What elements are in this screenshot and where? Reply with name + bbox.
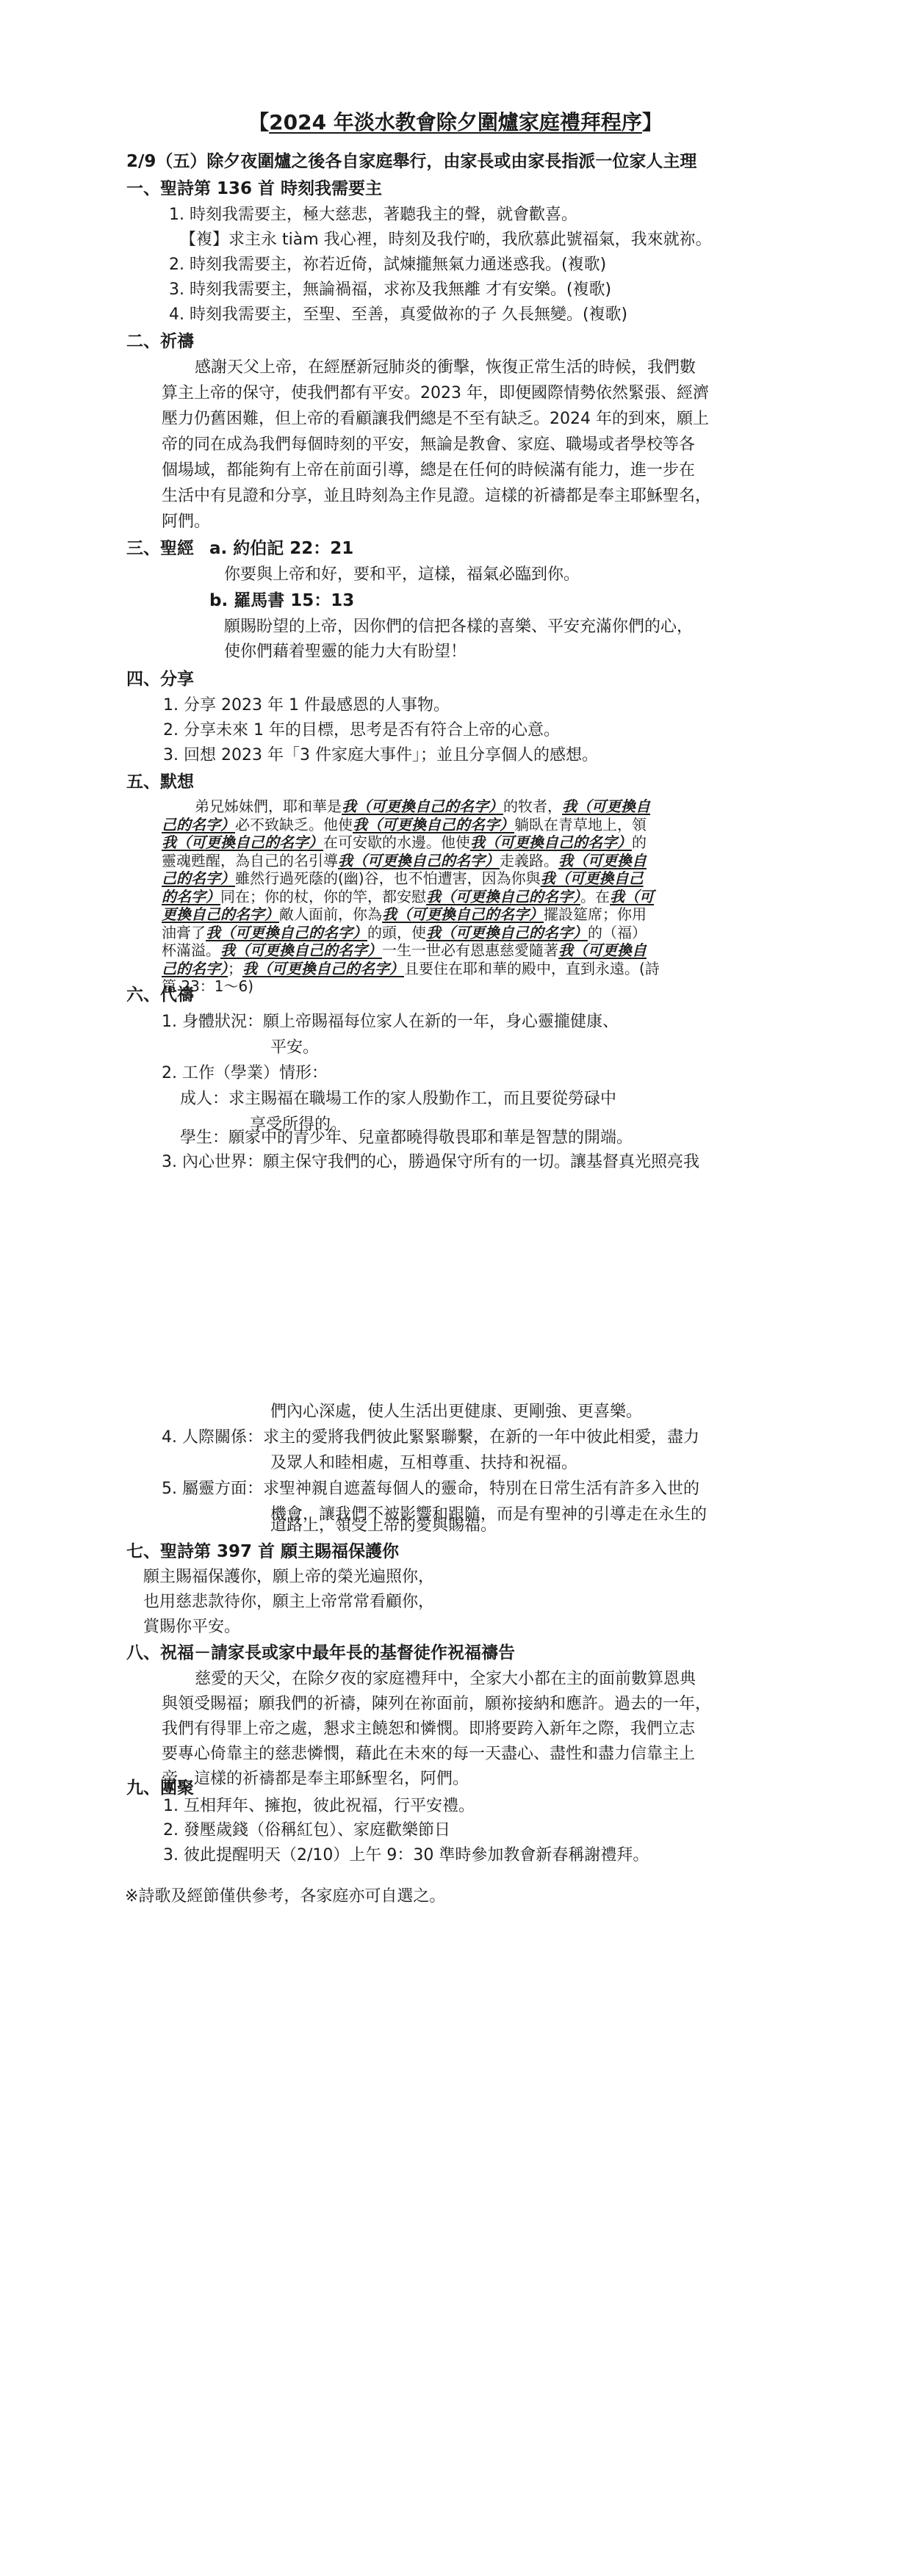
scripture-text-romans: 願賜盼望的上帝，因你們的信把各樣的喜樂、平安充滿你們的心，	[224, 616, 693, 638]
name-placeholder: 我（可	[610, 888, 654, 905]
intercession-inner-world-cont: 們內心深處，使人生活出更健康、更剛強、更喜樂。	[270, 1401, 642, 1423]
reunion-item: 3. 彼此提醒明天（2/10）上午 9：30 準時參加教會新春稱謝禮拜。	[163, 1845, 649, 1867]
meditation-line: 己的名字）；我（可更換自己的名字）且要住在耶和華的殿中，直到永遠。(詩	[162, 960, 660, 977]
prayer-line: 生活中有見證和分享，並且時刻為主作見證。這樣的祈禱都是奉主耶穌聖名，	[162, 485, 711, 507]
name-placeholder: 我（可更換自己的名字）	[206, 924, 367, 941]
section-heading-hymn-397: 七、聖詩第 397 首 願主賜福保護你	[126, 1541, 399, 1563]
name-placeholder: 我（可更換自	[562, 797, 650, 815]
meditation-line: 更換自己的名字）敵人面前，你為我（可更換自己的名字）擺設筵席；你用	[162, 905, 647, 923]
footnote: ※詩歌及經節僅供參考，各家庭亦可自選之。	[125, 1886, 445, 1908]
name-placeholder: 己的名字）	[162, 816, 235, 833]
hymn-397-line: 願主賜福保護你，願上帝的榮光遍照你，	[143, 1566, 434, 1588]
intercession-relationships-cont: 及眾人和睦相處，互相尊重、扶持和祝福。	[270, 1452, 577, 1475]
meditation-text: 杯滿溢。	[162, 941, 220, 959]
meditation-text: 敵人面前，你為	[279, 905, 382, 923]
prayer-line: 感謝天父上帝，在經歷新冠肺炎的衝擊，恢復正常生活的時候，我們數	[195, 357, 696, 379]
name-placeholder: 我（可更換自己的名字）	[426, 888, 580, 905]
prayer-line: 帝的同在成為我們每個時刻的平安，無論是教會、家庭、職場或者學校等各	[162, 434, 695, 456]
name-placeholder: 我（可更換自己的名字）	[162, 833, 323, 851]
name-placeholder: 我（可更換自	[558, 941, 647, 959]
meditation-line: 弟兄姊妹們，耶和華是我（可更換自己的名字）的牧者，我（可更換自	[195, 797, 650, 815]
sharing-item: 1. 分享 2023 年 1 件最感恩的人事物。	[163, 695, 450, 717]
section-heading-intercession: 六、代禱	[126, 984, 194, 1006]
section-heading-meditation: 五、默想	[126, 771, 194, 793]
meditation-text: 雖然行過死蔭的(幽)谷，也不怕遭害，因為你與	[235, 869, 541, 887]
meditation-line: 油膏了我（可更換自己的名字）的頭，使我（可更換自己的名字）的（福）	[162, 924, 647, 941]
meditation-text: 的（福）	[588, 924, 647, 941]
blessing-prayer-line: 帝。這樣的祈禱都是奉主耶穌聖名，阿們。	[162, 1768, 469, 1790]
blessing-prayer-line: 我們有得罪上帝之處，懇求主饒恕和憐憫。即將要跨入新年之際，我們立志	[162, 1718, 695, 1740]
section-heading-sharing: 四、分享	[126, 668, 194, 690]
section-heading-blessing: 八、祝福－請家長或家中最年長的基督徒作祝福禱告	[126, 1642, 515, 1664]
name-placeholder: 我（可更換自己的名字）	[342, 797, 503, 815]
meditation-text: 同在；你的杖，你的竿，都安慰	[220, 888, 426, 905]
name-placeholder: 我（可更換自己的名字）	[426, 924, 588, 941]
meditation-text: 在可安歇的水邊。他使	[323, 833, 470, 851]
meditation-text: 靈魂甦醒，為自己的名引導	[162, 852, 338, 869]
meditation-line: 杯滿溢。我（可更換自己的名字）一生一世必有恩惠慈愛隨著我（可更換自	[162, 941, 647, 959]
meditation-text: ；	[228, 960, 242, 977]
document-subtitle: 2/9（五）除夕夜圍爐之後各自家庭舉行，由家長或由家長指派一位家人主理	[126, 151, 696, 173]
meditation-line: 己的名字）必不致缺乏。他使我（可更換自己的名字）躺臥在青草地上，領	[162, 816, 647, 833]
meditation-text: 的頭，使	[367, 924, 426, 941]
name-placeholder: 我（可更換自己的名字）	[353, 816, 514, 833]
name-placeholder: 己的名字）	[162, 960, 228, 977]
meditation-text: 必不致缺乏。他使	[235, 816, 353, 833]
name-placeholder: 我（可更換自己的名字）	[220, 941, 382, 959]
intercession-work: 2. 工作（學業）情形：	[162, 1063, 328, 1085]
hymn-397-line: 賞賜你平安。	[143, 1616, 240, 1638]
intercession-spiritual: 5. 屬靈方面：求聖神親自遮蓋每個人的靈命，特別在日常生活有許多入世的	[162, 1478, 699, 1500]
intercession-adults: 成人：求主賜福在職場工作的家人殷勤作工，而且要從勞碌中	[180, 1088, 616, 1110]
name-placeholder: 我（可更換自己的名字）	[470, 833, 632, 851]
meditation-text: 油膏了	[162, 924, 206, 941]
meditation-text: 一生一世必有恩惠慈愛隨著	[382, 941, 558, 959]
intercession-relationships: 4. 人際關係：求主的愛將我們彼此緊緊聯繫，在新的一年中彼此相愛，盡力	[162, 1427, 699, 1449]
meditation-text: 擺設筵席；你用	[544, 905, 647, 923]
sharing-item: 2. 分享未來 1 年的目標，思考是否有符合上帝的心意。	[163, 720, 560, 742]
section-heading-prayer: 二、祈禱	[126, 330, 194, 352]
meditation-line: 我（可更換自己的名字）在可安歇的水邊。他使我（可更換自己的名字）的	[162, 833, 647, 851]
name-placeholder: 我（可更換自	[558, 852, 647, 869]
meditation-text: 走義路。	[500, 852, 558, 869]
hymn-verse: 4. 時刻我需要主，至聖、至善，真愛做祢的子 久長無變。(複歌)	[169, 304, 627, 326]
name-placeholder: 我（可更換自己	[541, 869, 644, 887]
name-placeholder: 己的名字）	[162, 869, 235, 887]
name-placeholder: 我（可更換自己的名字）	[382, 905, 544, 923]
meditation-text: 的	[632, 833, 647, 851]
prayer-line: 阿們。	[162, 511, 210, 533]
sharing-item: 3. 回想 2023 年「3 件家庭大事件」；並且分享個人的感想。	[163, 745, 598, 767]
section-heading-hymn-136: 一、聖詩第 136 首 時刻我需要主	[126, 178, 382, 200]
title-text: 2024 年淡水教會除夕圍爐家庭禮拜程序	[269, 110, 642, 134]
intercession-spiritual-cont: 道路上，領受上帝的愛與賜福。	[270, 1515, 497, 1537]
hymn-chorus: 【複】求主永 tiàm 我心裡，時刻及我佇啲，我欣慕此號福氣，我來就祢。	[180, 229, 712, 251]
hymn-397-line: 也用慈悲款待你，願主上帝常常看顧你，	[143, 1591, 434, 1613]
scripture-text-job: 你要與上帝和好，要和平，這樣，福氣必臨到你。	[224, 564, 580, 586]
hymn-verse: 2. 時刻我需要主，祢若近倚，試煉攏無氣力通迷惑我。(複歌)	[169, 254, 606, 276]
meditation-text: 躺臥在青草地上，領	[514, 816, 647, 833]
prayer-line: 壓力仍舊困難，但上帝的看顧讓我們總是不至有缺乏。2024 年的到來，願上	[162, 408, 709, 430]
scripture-ref-job: a. 約伯記 22：21	[209, 538, 353, 560]
section-heading-scripture: 三、聖經	[126, 538, 194, 560]
document-title: 【2024 年淡水教會除夕圍爐家庭禮拜程序】	[0, 106, 911, 136]
hymn-verse: 1. 時刻我需要主，極大慈悲，著聽我主的聲，就會歡喜。	[169, 204, 577, 226]
prayer-line: 個場域，都能夠有上帝在前面引導，總是在任何的時候滿有能力，進一步在	[162, 460, 695, 482]
name-placeholder: 我（可更換自己的名字）	[338, 852, 500, 869]
blessing-prayer-line: 慈愛的天父，在除夕夜的家庭禮拜中，全家大小都在主的面前數算恩典	[195, 1668, 696, 1690]
title-close-bracket: 】	[642, 110, 663, 134]
meditation-line: 的名字）同在；你的杖，你的竿，都安慰我（可更換自己的名字）。在我（可	[162, 888, 654, 905]
reunion-item: 1. 互相拜年、擁抱，彼此祝福，行平安禮。	[163, 1795, 475, 1817]
blessing-prayer-line: 與領受賜福；願我們的祈禱，陳列在祢面前，願祢接納和應許。過去的一年，	[162, 1693, 711, 1715]
scripture-text-romans: 使你們藉着聖靈的能力大有盼望！	[224, 641, 467, 663]
intercession-health: 1. 身體狀況：願上帝賜福每位家人在新的一年，身心靈攏健康、	[162, 1011, 619, 1033]
intercession-students: 學生：願家中的青少年、兒童都曉得敬畏耶和華是智慧的開端。	[180, 1127, 633, 1149]
intercession-inner-world: 3. 內心世界：願主保守我們的心，勝過保守所有的一切。讓基督真光照亮我	[162, 1151, 699, 1173]
meditation-line: 靈魂甦醒，為自己的名引導我（可更換自己的名字）走義路。我（可更換自	[162, 852, 647, 869]
reunion-item: 2. 發壓歲錢（俗稱紅包）、家庭歡樂節日	[163, 1820, 450, 1842]
meditation-text: 。在	[580, 888, 610, 905]
name-placeholder: 我（可更換自己的名字）	[242, 960, 404, 977]
scripture-ref-romans: b. 羅馬書 15：13	[209, 590, 354, 612]
meditation-text: 且要住在耶和華的殿中，直到永遠。(詩	[404, 960, 660, 977]
meditation-text: 弟兄姊妹們，耶和華是	[195, 797, 342, 815]
name-placeholder: 更換自己的名字）	[162, 905, 279, 923]
blessing-prayer-line: 要專心倚靠主的慈悲憐憫，藉此在未來的每一天盡心、盡性和盡力信靠主上	[162, 1743, 695, 1765]
meditation-line: 己的名字）雖然行過死蔭的(幽)谷，也不怕遭害，因為你與我（可更換自己	[162, 869, 644, 887]
meditation-text: 的牧者，	[503, 797, 562, 815]
name-placeholder: 的名字）	[162, 888, 220, 905]
hymn-verse: 3. 時刻我需要主，無論禍福，求祢及我無離 才有安樂。(複歌)	[169, 279, 611, 301]
prayer-line: 算主上帝的保守，使我們都有平安。2023 年，即便國際情勢依然緊張、經濟	[162, 383, 709, 405]
intercession-health-cont: 平安。	[270, 1037, 319, 1059]
title-open-bracket: 【	[248, 110, 269, 134]
